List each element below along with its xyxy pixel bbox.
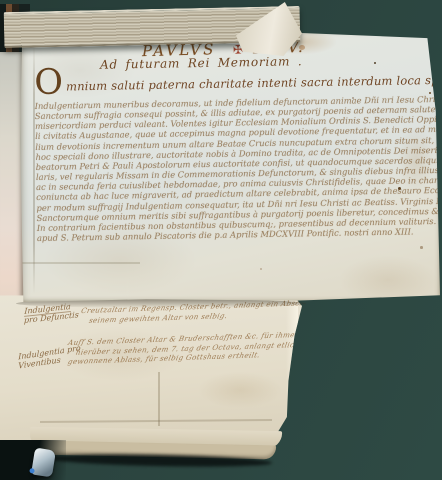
papal-brief-sheet: PAVLVS ✠ PP. V. Ad futuram Rei Memoriam … [20, 30, 440, 302]
fold-line-horizontal [20, 262, 140, 264]
clasp-highlight [29, 468, 35, 474]
brief-opening-line: O mnium saluti paterna charitate intenti… [34, 61, 432, 98]
manuscript-photo: Indulgentia pro Defunctis Creutzaltar im… [0, 0, 442, 480]
page-crease-vertical [158, 372, 160, 426]
margin-note-2-text: Auff S. dem Closter Altar & Bruderschaff… [63, 330, 302, 367]
ink-speck [260, 268, 262, 270]
bound-page: Indulgentia pro Defunctis Creutzaltar im… [0, 294, 302, 444]
page-fore-edge-highlight [286, 304, 298, 419]
brief-body: O mnium saluti paterna charitate intenti… [34, 61, 435, 243]
drop-cap-initial: O [34, 67, 63, 97]
page-crease-horizontal [40, 419, 272, 423]
book-clasp [31, 448, 56, 478]
ink-speck [420, 246, 423, 249]
brief-text-block: Indulgentiarum muneribus decoramus, ut i… [35, 94, 435, 243]
